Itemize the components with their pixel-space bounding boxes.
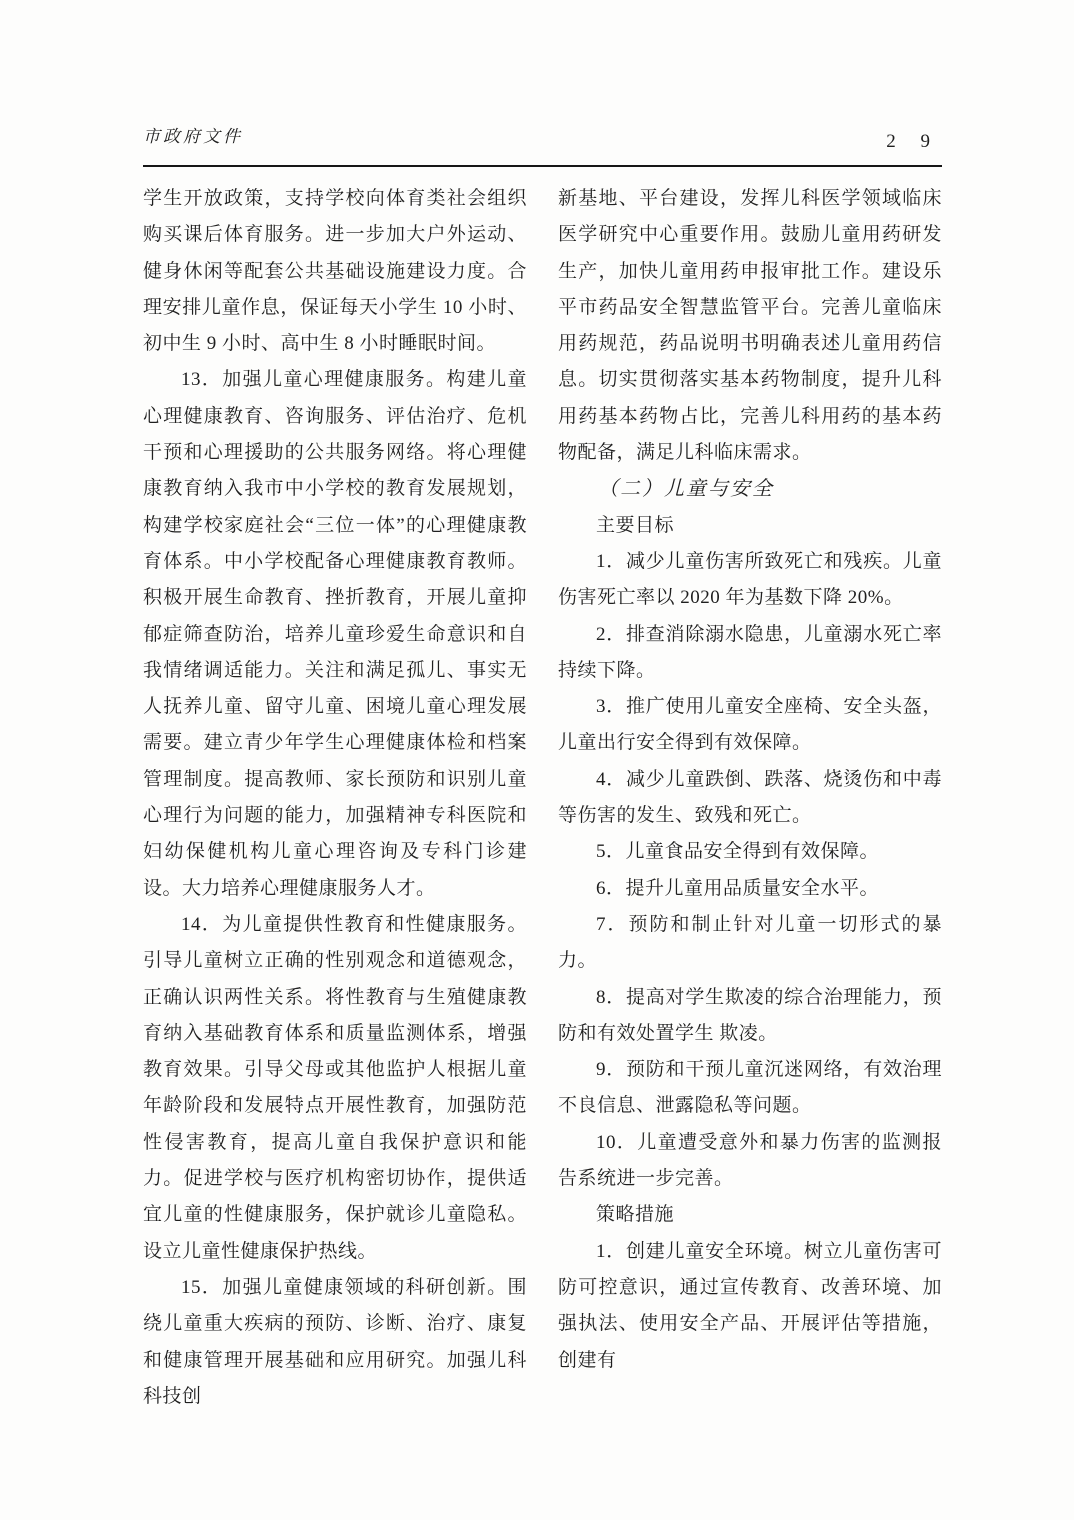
paragraph: 4．减少儿童跌倒、跌落、烧烫伤和中毒等伤害的发生、致残和死亡。 — [558, 762, 942, 835]
document-page: 市政府文件 2 9 学生开放政策，支持学校向体育类社会组织购买课后体育服务。进一… — [0, 0, 1074, 1520]
page-header: 市政府文件 2 9 — [143, 128, 942, 154]
paragraph: 5．儿童食品安全得到有效保障。 — [558, 834, 942, 870]
header-doc-type: 市政府文件 — [143, 128, 243, 154]
paragraph: 策略措施 — [558, 1197, 942, 1233]
paragraph: 6．提升儿童用品质量安全水平。 — [558, 871, 942, 907]
paragraph: 14．为儿童提供性教育和性健康服务。引导儿童树立正确的性别观念和道德观念，正确认… — [143, 907, 527, 1270]
paragraph: 1．创建儿童安全环境。树立儿童伤害可防可控意识，通过宣传教育、改善环境、加强执法… — [558, 1234, 942, 1379]
paragraph: 15．加强儿童健康领域的科研创新。围绕儿童重大疾病的预防、诊断、治疗、康复和健康… — [143, 1270, 527, 1415]
paragraph: 新基地、平台建设，发挥儿科医学领域临床医学研究中心重要作用。鼓励儿童用药研发生产… — [558, 181, 942, 471]
section-heading: （二）儿童与安全 — [558, 471, 942, 507]
paragraph: 9．预防和干预儿童沉迷网络，有效治理不良信息、泄露隐私等问题。 — [558, 1052, 942, 1125]
left-column: 学生开放政策，支持学校向体育类社会组织购买课后体育服务。进一步加大户外运动、健身… — [143, 181, 527, 1415]
paragraph: 10．儿童遭受意外和暴力伤害的监测报告系统进一步完善。 — [558, 1125, 942, 1198]
paragraph: 13．加强儿童心理健康服务。构建儿童心理健康教育、咨询服务、评估治疗、危机干预和… — [143, 362, 527, 906]
paragraph: 8．提高对学生欺凌的综合治理能力，预防和有效处置学生 欺凌。 — [558, 980, 942, 1053]
paragraph: 1．减少儿童伤害所致死亡和残疾。儿童伤害死亡率以 2020 年为基数下降 20%… — [558, 544, 942, 617]
header-page-number: 2 9 — [886, 132, 942, 154]
paragraph: 3．推广使用儿童安全座椅、安全头盔，儿童出行安全得到有效保障。 — [558, 689, 942, 762]
paragraph: 2．排查消除溺水隐患，儿童溺水死亡率持续下降。 — [558, 617, 942, 690]
paragraph: 学生开放政策，支持学校向体育类社会组织购买课后体育服务。进一步加大户外运动、健身… — [143, 181, 527, 362]
right-column: 新基地、平台建设，发挥儿科医学领域临床医学研究中心重要作用。鼓励儿童用药研发生产… — [558, 181, 942, 1415]
document-body: 学生开放政策，支持学校向体育类社会组织购买课后体育服务。进一步加大户外运动、健身… — [143, 181, 942, 1415]
header-rule — [143, 165, 942, 167]
paragraph: 主要目标 — [558, 508, 942, 544]
paragraph: 7．预防和制止针对儿童一切形式的暴力。 — [558, 907, 942, 980]
